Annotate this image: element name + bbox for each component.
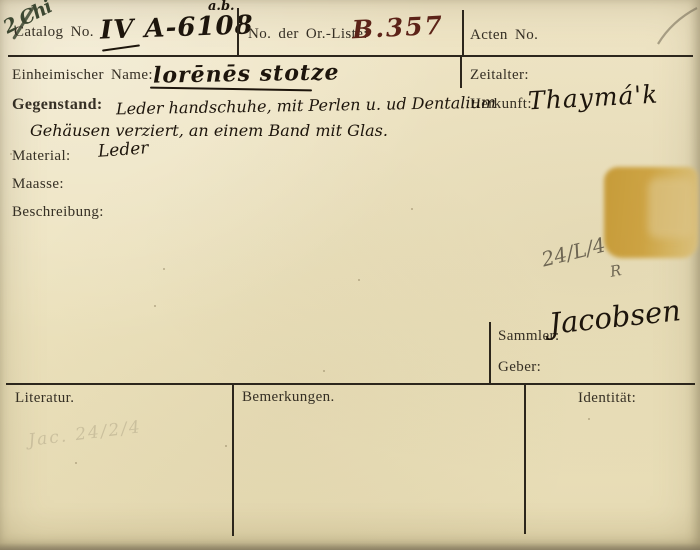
acten-no-label: Acten No. bbox=[470, 27, 538, 44]
maasse-label: Maasse: bbox=[12, 176, 64, 193]
geber-label: Geber: bbox=[498, 359, 541, 376]
inventory-pencil-mark: 24/L/4 bbox=[539, 233, 608, 272]
identitaet-label: Identität: bbox=[578, 390, 636, 407]
name-underline bbox=[150, 87, 312, 92]
paper-speck bbox=[163, 268, 165, 270]
paper-speck bbox=[75, 462, 77, 464]
catalog-no-value: IV A-6108 bbox=[100, 10, 255, 45]
orliste-label: No. der Or.-Liste: bbox=[248, 26, 368, 43]
material-value: Leder bbox=[97, 138, 149, 161]
catalog-roman-underline bbox=[102, 44, 140, 51]
bottom-edge-shadow bbox=[0, 543, 700, 550]
footer-rule bbox=[6, 383, 695, 385]
einheimischer-name-label: Einheimischer Name: bbox=[12, 67, 153, 84]
paper-speck bbox=[358, 279, 360, 281]
paper-speck bbox=[10, 153, 12, 155]
gegenstand-label: Gegenstand: bbox=[12, 96, 103, 114]
sammler-value: Jacobsen bbox=[548, 293, 683, 341]
material-label: Material: bbox=[12, 148, 71, 165]
paper-speck bbox=[154, 305, 156, 307]
right-column-divider bbox=[460, 57, 462, 88]
faint-pencil-note: Jac. 24/2/4 bbox=[27, 417, 143, 451]
paper-speck bbox=[323, 370, 325, 372]
footer-divider-2 bbox=[524, 385, 526, 534]
orliste-value: B.357 bbox=[351, 11, 444, 45]
paper-speck bbox=[225, 445, 227, 447]
bemerkungen-label: Bemerkungen. bbox=[242, 389, 335, 406]
footer-divider-1 bbox=[232, 385, 234, 536]
gegenstand-line2: Gehäusen verziert, an einem Band mit Gla… bbox=[30, 121, 388, 140]
pencil-mark bbox=[650, 5, 700, 45]
tape-stain-highlight bbox=[648, 178, 694, 238]
einheimischer-name-value: lorēnēs stotze bbox=[153, 59, 340, 88]
literatur-label: Literatur. bbox=[15, 390, 74, 407]
sammler-divider bbox=[489, 322, 491, 384]
top-divider-2 bbox=[462, 10, 464, 55]
paper-speck bbox=[588, 418, 590, 420]
header-rule bbox=[8, 55, 693, 57]
catalog-superscript: a.b. bbox=[208, 0, 235, 14]
herkunft-value: Thaymá'k bbox=[527, 80, 659, 116]
beschreibung-label: Beschreibung: bbox=[12, 204, 104, 221]
gegenstand-line1: Leder handschuhe, mit Perlen u. ud Denta… bbox=[116, 93, 496, 119]
paper-speck bbox=[411, 208, 413, 210]
catalog-card: 2 Chi Catalog No. IV A-6108 a.b. No. der… bbox=[0, 0, 700, 550]
inventory-pencil-mark-sub: R bbox=[609, 261, 623, 281]
zeitalter-label: Zeitalter: bbox=[470, 67, 529, 84]
catalog-no-label: Catalog No. bbox=[14, 24, 94, 41]
top-divider-1 bbox=[237, 8, 239, 55]
